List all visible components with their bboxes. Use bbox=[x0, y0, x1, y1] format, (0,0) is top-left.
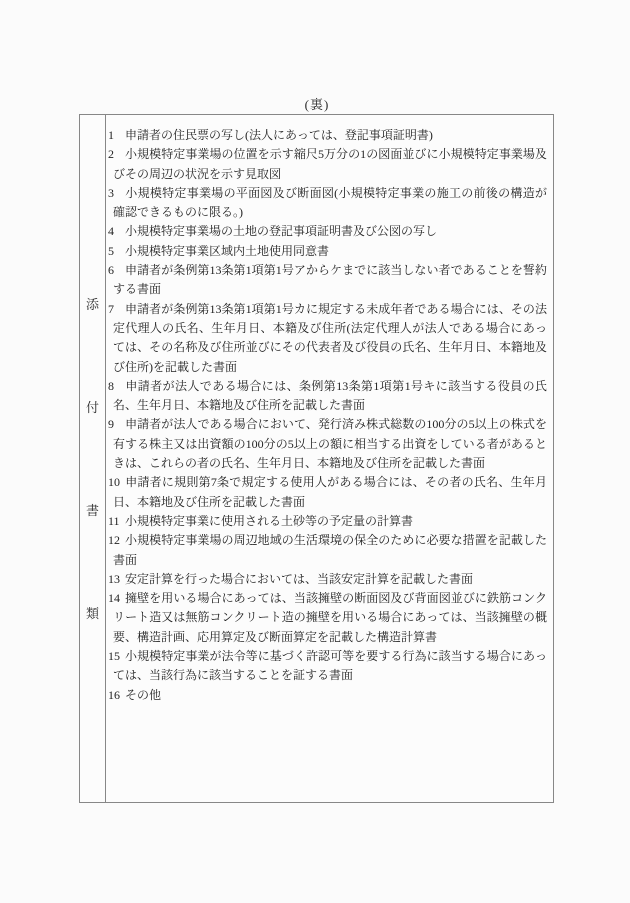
attachment-item-number: 7 bbox=[108, 300, 121, 319]
attachment-item: 16その他 bbox=[108, 686, 547, 705]
attachment-item-number: 6 bbox=[108, 261, 121, 280]
attachment-item-text: 申請者に規則第7条で規定する使用人がある場合には、その者の氏名、生年月日、本籍地… bbox=[113, 475, 547, 508]
attachment-row-label: 添付書類 bbox=[80, 115, 106, 802]
attachment-item-text: 申請者が条例第13条第1項第1号アからケまでに該当しない者であることを誓約する書… bbox=[113, 263, 547, 296]
attachment-item: 11小規模特定事業に使用される土砂等の予定量の計算書 bbox=[108, 512, 547, 531]
attachment-item-number: 11 bbox=[108, 512, 121, 531]
attachment-item-number: 16 bbox=[108, 686, 121, 705]
attachment-item: 5小規模特定事業区域内土地使用同意書 bbox=[108, 242, 547, 261]
attachment-item: 4小規模特定事業場の土地の登記事項証明書及び公図の写し bbox=[108, 222, 547, 241]
attachment-item-text: 申請者が条例第13条第1項第1号カに規定する未成年者である場合には、その法定代理… bbox=[113, 302, 547, 374]
attachment-item-text: 小規模特定事業場の土地の登記事項証明書及び公図の写し bbox=[125, 224, 437, 238]
attachment-item-number: 3 bbox=[108, 184, 121, 203]
attachment-item-number: 8 bbox=[108, 377, 121, 396]
attachment-item-number: 2 bbox=[108, 145, 121, 164]
attachment-item-text: 小規模特定事業区域内土地使用同意書 bbox=[125, 244, 329, 258]
attachment-item: 1申請者の住民票の写し(法人にあっては、登記事項証明書) bbox=[108, 126, 547, 145]
attachment-item: 10申請者に規則第7条で規定する使用人がある場合には、その者の氏名、生年月日、本… bbox=[108, 473, 547, 512]
attachment-items: 1申請者の住民票の写し(法人にあっては、登記事項証明書) 2小規模特定事業場の位… bbox=[106, 115, 553, 802]
attachment-item: 12小規模特定事業場の周辺地域の生活環境の保全のために必要な措置を記載した書面 bbox=[108, 531, 547, 570]
attachment-item-number: 13 bbox=[108, 570, 121, 589]
attachment-item-number: 1 bbox=[108, 126, 121, 145]
row-label-char: 類 bbox=[86, 607, 99, 620]
attachment-item-text: 小規模特定事業場の平面図及び断面図(小規模特定事業の施工の前後の構造が確認できる… bbox=[113, 186, 547, 219]
attachment-item: 13安定計算を行った場合においては、当該安定計算を記載した書面 bbox=[108, 570, 547, 589]
document-page: (裏) 添付書類 1申請者の住民票の写し(法人にあっては、登記事項証明書) 2小… bbox=[0, 0, 630, 903]
attachment-item: 7申請者が条例第13条第1項第1号カに規定する未成年者である場合には、その法定代… bbox=[108, 300, 547, 377]
attachment-item: 9申請者が法人である場合において、発行済み株式総数の100分の5以上の株式を有す… bbox=[108, 415, 547, 473]
attachment-item-number: 4 bbox=[108, 222, 121, 241]
attachment-item-number: 10 bbox=[108, 473, 121, 492]
attachment-item-number: 15 bbox=[108, 647, 121, 666]
row-label-char: 付 bbox=[86, 401, 99, 414]
attachment-item: 8申請者が法人である場合には、条例第13条第1項第1号キに該当する役員の氏名、生… bbox=[108, 377, 547, 416]
attachment-item-number: 12 bbox=[108, 531, 121, 550]
page-side-label: (裏) bbox=[79, 94, 555, 113]
attachment-item: 2小規模特定事業場の位置を示す縮尺5万分の1の図面並びに小規模特定事業場及びその… bbox=[108, 145, 547, 184]
attachment-item-text: その他 bbox=[125, 688, 161, 702]
attachment-item-text: 小規模特定事業場の周辺地域の生活環境の保全のために必要な措置を記載した書面 bbox=[113, 533, 547, 566]
attachment-item: 15小規模特定事業が法令等に基づく許認可等を要する行為に該当する場合にあっては、… bbox=[108, 647, 547, 686]
attachment-item: 14擁壁を用いる場合にあっては、当該擁壁の断面図及び背面図並びに鉄筋コンクリート… bbox=[108, 589, 547, 647]
row-label-char: 添 bbox=[86, 298, 99, 311]
attachment-item-text: 申請者が法人である場合において、発行済み株式総数の100分の5以上の株式を有する… bbox=[113, 417, 547, 470]
attachment-table: 添付書類 1申請者の住民票の写し(法人にあっては、登記事項証明書) 2小規模特定… bbox=[79, 114, 554, 803]
attachment-item-text: 小規模特定事業が法令等に基づく許認可等を要する行為に該当する場合にあっては、当該… bbox=[113, 649, 547, 682]
attachment-item: 3小規模特定事業場の平面図及び断面図(小規模特定事業の施工の前後の構造が確認でき… bbox=[108, 184, 547, 223]
attachment-item-text: 小規模特定事業に使用される土砂等の予定量の計算書 bbox=[125, 514, 413, 528]
attachment-item-text: 申請者が法人である場合には、条例第13条第1項第1号キに該当する役員の氏名、生年… bbox=[113, 379, 547, 412]
attachment-item-number: 14 bbox=[108, 589, 121, 608]
attachment-item-text: 小規模特定事業場の位置を示す縮尺5万分の1の図面並びに小規模特定事業場及びその周… bbox=[113, 147, 547, 180]
row-label-char: 書 bbox=[86, 504, 99, 517]
attachment-item-text: 安定計算を行った場合においては、当該安定計算を記載した書面 bbox=[125, 572, 473, 586]
attachment-item: 6申請者が条例第13条第1項第1号アからケまでに該当しない者であることを誓約する… bbox=[108, 261, 547, 300]
attachment-item-text: 申請者の住民票の写し(法人にあっては、登記事項証明書) bbox=[125, 128, 433, 142]
attachment-item-text: 擁壁を用いる場合にあっては、当該擁壁の断面図及び背面図並びに鉄筋コンクリート造又… bbox=[113, 591, 547, 644]
attachment-item-number: 9 bbox=[108, 415, 121, 434]
attachment-item-number: 5 bbox=[108, 242, 121, 261]
